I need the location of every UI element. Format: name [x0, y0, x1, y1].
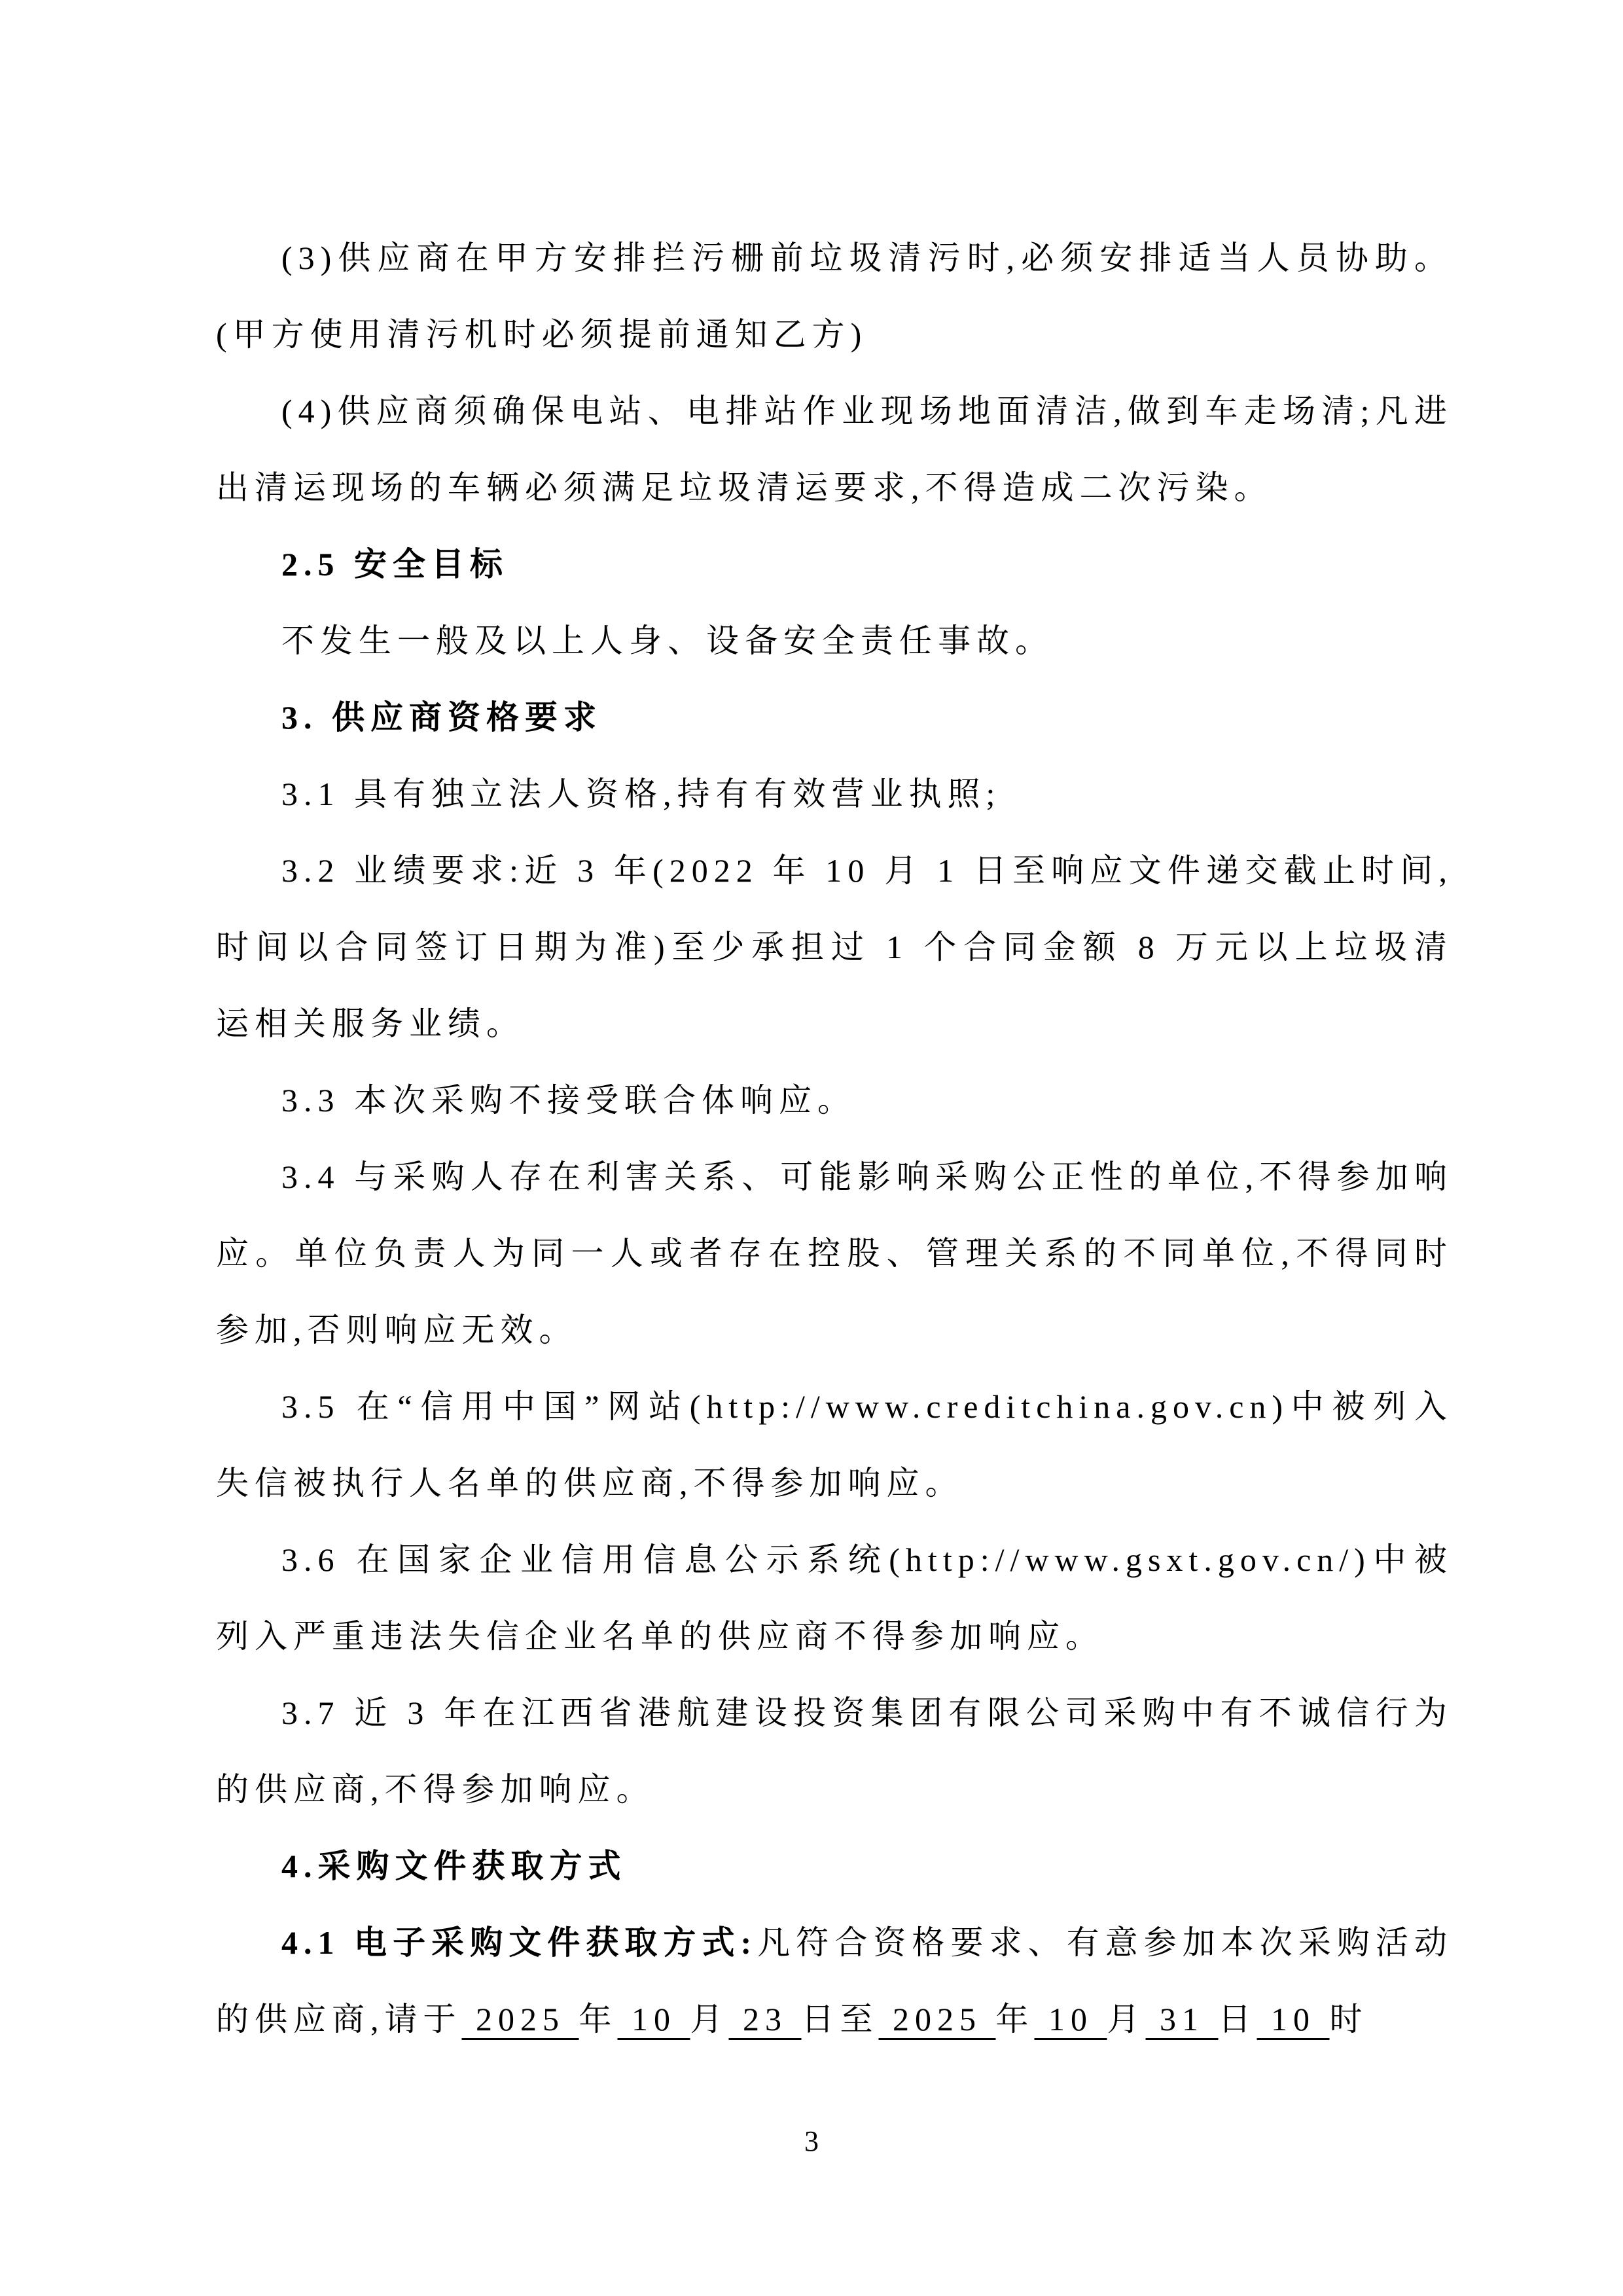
date-to-hour: 10: [1257, 2001, 1330, 2037]
para-clause-3-6: 3.6 在国家企业信用信息公示系统(http://www.gsxt.gov.cn…: [216, 1522, 1453, 1675]
date-to-year: 2025: [879, 2001, 996, 2037]
para-clause-4-1: 4.1 电子采购文件获取方式:凡符合资格要求、有意参加本次采购活动的供应商,请于…: [216, 1905, 1453, 2058]
page-footer: 3: [0, 2122, 1623, 2161]
para-clause-3-7: 3.7 近 3 年在江西省港航建设投资集团有限公司采购中有不诚信行为的供应商,不…: [216, 1675, 1453, 1828]
section-heading-4: 4.采购文件获取方式: [216, 1828, 1453, 1905]
document-page: (3)供应商在甲方安排拦污栅前垃圾清污时,必须安排适当人员协助。(甲方使用清污机…: [0, 0, 1623, 2296]
unit-year: 年: [579, 2001, 618, 2037]
unit-month: 月: [690, 2001, 729, 2037]
para-clause-2-4-3: (3)供应商在甲方安排拦污栅前垃圾清污时,必须安排适当人员协助。(甲方使用清污机…: [216, 220, 1453, 373]
unit-hour: 时: [1330, 2001, 1368, 2037]
date-from-month: 10: [618, 2001, 690, 2037]
date-from-year: 2025: [462, 2001, 579, 2037]
unit-month-2: 月: [1107, 2001, 1146, 2037]
para-safety-goal: 不发生一般及以上人身、设备安全责任事故。: [216, 603, 1453, 679]
clause-4-1-lead: 4.1 电子采购文件获取方式:: [281, 1924, 757, 1961]
document-body: (3)供应商在甲方安排拦污栅前垃圾清污时,必须安排适当人员协助。(甲方使用清污机…: [216, 220, 1453, 2058]
para-clause-3-1: 3.1 具有独立法人资格,持有有效营业执照;: [216, 756, 1453, 833]
unit-year-2: 年: [996, 2001, 1035, 2037]
para-clause-3-2: 3.2 业绩要求:近 3 年(2022 年 10 月 1 日至响应文件递交截止时…: [216, 833, 1453, 1062]
section-heading-2-5: 2.5 安全目标: [216, 526, 1453, 603]
page-number: 3: [804, 2125, 819, 2157]
date-to-day: 31: [1146, 2001, 1219, 2037]
para-clause-3-4: 3.4 与采购人存在利害关系、可能影响采购公正性的单位,不得参加响应。单位负责人…: [216, 1139, 1453, 1369]
date-to-month: 10: [1035, 2001, 1107, 2037]
date-range-to: 日至: [802, 2001, 879, 2037]
unit-day: 日: [1219, 2001, 1257, 2037]
para-clause-3-3: 3.3 本次采购不接受联合体响应。: [216, 1062, 1453, 1139]
para-clause-3-5: 3.5 在“信用中国”网站(http://www.creditchina.gov…: [216, 1369, 1453, 1522]
para-clause-2-4-4: (4)供应商须确保电站、电排站作业现场地面清洁,做到车走场清;凡进出清运现场的车…: [216, 373, 1453, 526]
date-from-day: 23: [729, 2001, 802, 2037]
section-heading-3: 3. 供应商资格要求: [216, 679, 1453, 756]
